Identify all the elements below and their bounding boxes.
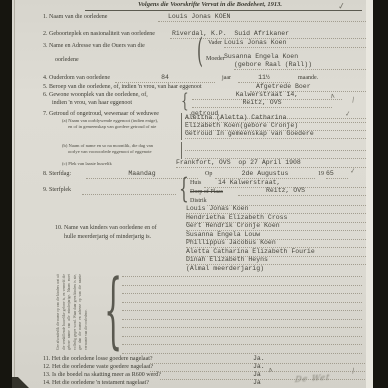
item4-label: 4. Ouderdom van oorledene xyxy=(43,74,110,83)
moeder-value-line2: (gebore Raal (Rall)) xyxy=(234,60,368,70)
item3-label-line2: oorledene xyxy=(55,56,79,65)
item10-label-line2: hulle meerderjarig of minderjarig is. xyxy=(64,233,151,242)
death-notice-scan: Volgens die Voorskrifte Vervat in die Bo… xyxy=(0,0,388,388)
item4-years: 84 xyxy=(115,73,215,83)
item10-label-line1: 10. Name van kinders van oorledene en of xyxy=(55,224,157,233)
item3-brace: ( xyxy=(197,34,203,68)
pen-check-7a: ✓ xyxy=(344,110,351,119)
item14-label: 14. Het die oorledene 'n testament nagel… xyxy=(43,379,149,388)
pen-check-8: ✓ xyxy=(349,167,356,176)
item7b-label-line2: oorlye van vooroorlede eggenoot of eggen… xyxy=(68,149,152,155)
huis-label: Huis xyxy=(190,179,201,188)
pen-checkmark: ✓ xyxy=(337,1,346,12)
scan-edge-left xyxy=(0,0,12,388)
scan-corner-shadow xyxy=(12,377,29,388)
item9-dotted-filler xyxy=(82,185,176,195)
vader-label: Vader xyxy=(208,39,222,48)
item1-label: 1. Naam van die oorledene xyxy=(43,13,107,22)
item9-label: 9. Sterfplek xyxy=(43,186,71,195)
item7c-value: Frankfort, OVS op 27 April 1908 xyxy=(176,158,368,168)
empty-block-brace: { xyxy=(104,272,122,350)
item1-value: Louis Jonas KOEN xyxy=(158,12,378,22)
item7a-value-line3: Getroud In gemeenskap van Goedere xyxy=(185,129,368,139)
item8-label: 8. Sterfdag: xyxy=(43,170,71,179)
item6-label-line2: indien 'n vrou, van haar eggenoot xyxy=(52,99,132,108)
scan-edge-right xyxy=(373,0,388,388)
pen-slash: / xyxy=(351,96,355,104)
vader-value: Louis Jonas Koen xyxy=(224,38,368,48)
page-edge-highlight xyxy=(366,0,373,388)
item14-answer: Ja xyxy=(160,378,388,387)
item6-value-line2: Reitz, OVS xyxy=(192,98,332,108)
item7b-divider xyxy=(181,142,182,159)
blank-line xyxy=(122,344,362,354)
header-rule xyxy=(85,10,362,11)
item7c-label: (c) Plek van laaste huwelik xyxy=(62,161,112,167)
item7a-divider xyxy=(181,113,182,140)
moeder-label: Moeder xyxy=(206,55,225,64)
form-title: Volgens die Voorskrifte Vervat in die Bo… xyxy=(60,1,360,8)
page-fold-line xyxy=(14,0,15,388)
item3-label-line1: 3. Name en Adresse van die Ouers van die xyxy=(43,42,145,51)
item9-brace: { xyxy=(179,175,189,203)
item2-label: 2. Geboorteplek en nasionaliteit van oor… xyxy=(43,30,155,39)
item6-brace: { xyxy=(181,90,189,110)
item4-jaar-label: jaar xyxy=(222,74,231,83)
item7a-label-line2: en of in gemeenskap van goedere getroud … xyxy=(68,124,156,130)
